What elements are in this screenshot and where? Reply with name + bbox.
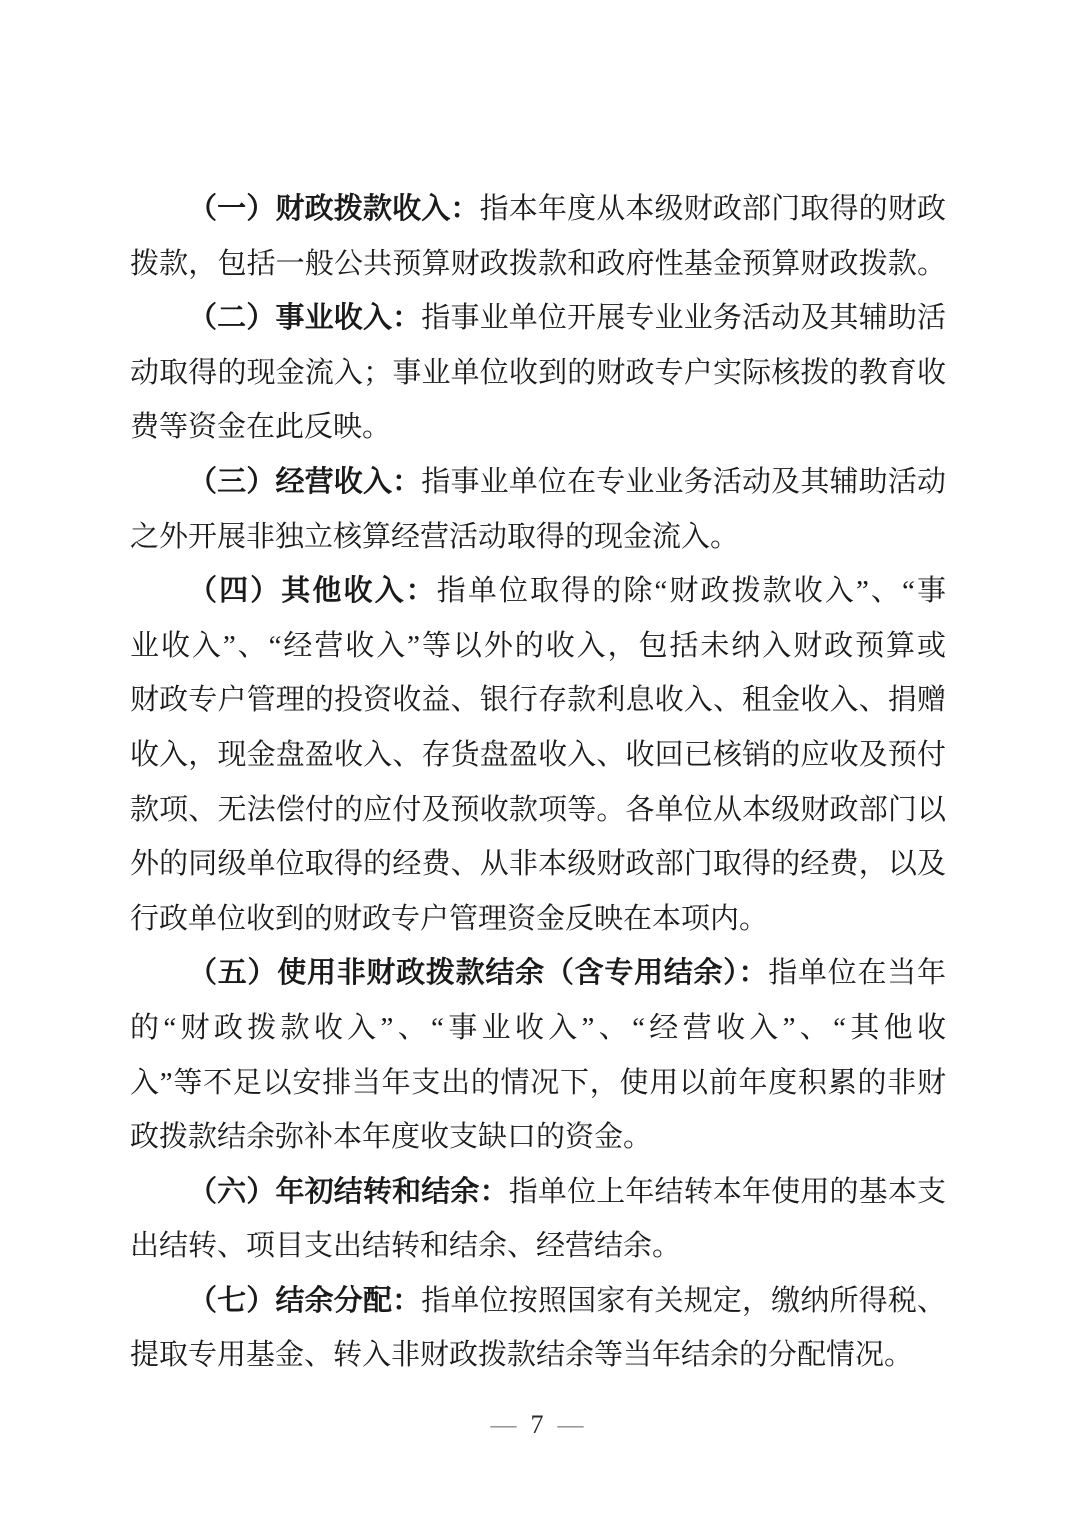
line-text: 指本年度从本级财政部门取得的财政 <box>480 193 946 225</box>
line-text: 指单位在当年 <box>768 957 946 989</box>
line-text: 动取得的现金流入；事业单位收到的财政专户实际核拨的教育收 <box>130 357 946 389</box>
text-line: 外的同级单位取得的经费、从非本级财政部门取得的经费，以及 <box>130 837 946 892</box>
text-line: 动取得的现金流入；事业单位收到的财政专户实际核拨的教育收 <box>130 346 946 401</box>
line-text: 出结转、项目支出结转和结余、经营结余。 <box>130 1230 681 1262</box>
paragraph: （六）年初结转和结余：指单位上年结转本年使用的基本支出结转、项目支出结转和结余、… <box>130 1165 946 1274</box>
paragraph: （三）经营收入：指事业单位在专业业务活动及其辅助活动之外开展非独立核算经营活动取… <box>130 455 946 564</box>
term-label: （四）其他收入： <box>188 575 437 607</box>
text-line: 入”等不足以安排当年支出的情况下，使用以前年度积累的非财 <box>130 1056 946 1111</box>
text-line: 费等资金在此反映。 <box>130 400 946 455</box>
text-line: 业收入”、“经营收入”等以外的收入，包括未纳入财政预算或 <box>130 619 946 674</box>
text-line: 之外开展非独立核算经营活动取得的现金流入。 <box>130 510 946 565</box>
line-text: 财政专户管理的投资收益、银行存款利息收入、租金收入、捐赠 <box>130 684 946 716</box>
line-text: 指事业单位在专业业务活动及其辅助活动 <box>421 466 946 498</box>
line-text: 的“财政拨款收入”、“事业收入”、“经营收入”、“其他收 <box>130 1012 946 1044</box>
text-line: （一）财政拨款收入：指本年度从本级财政部门取得的财政 <box>130 182 946 237</box>
text-line: 收入，现金盘盈收入、存货盘盈收入、收回已核销的应收及预付 <box>130 728 946 783</box>
text-line: （五）使用非财政拨款结余（含专用结余）：指单位在当年 <box>130 946 946 1001</box>
text-line: 政拨款结余弥补本年度收支缺口的资金。 <box>130 1110 946 1165</box>
paragraph: （四）其他收入：指单位取得的除“财政拨款收入”、“事业收入”、“经营收入”等以外… <box>130 564 946 946</box>
line-text: 行政单位收到的财政专户管理资金反映在本项内。 <box>130 903 768 935</box>
line-text: 政拨款结余弥补本年度收支缺口的资金。 <box>130 1121 652 1153</box>
term-label: （七）结余分配： <box>188 1285 421 1317</box>
line-text: 指单位取得的除“财政拨款收入”、“事 <box>437 575 946 607</box>
text-line: 出结转、项目支出结转和结余、经营结余。 <box>130 1219 946 1274</box>
text-line: （六）年初结转和结余：指单位上年结转本年使用的基本支 <box>130 1165 946 1220</box>
paragraph: （七）结余分配：指单位按照国家有关规定，缴纳所得税、提取专用基金、转入非财政拨款… <box>130 1274 946 1383</box>
text-line: 款项、无法偿付的应付及预收款项等。各单位从本级财政部门以 <box>130 783 946 838</box>
text-line: 行政单位收到的财政专户管理资金反映在本项内。 <box>130 892 946 947</box>
document-page: （一）财政拨款收入：指本年度从本级财政部门取得的财政拨款，包括一般公共预算财政拨… <box>0 0 1074 1520</box>
text-line: 拨款，包括一般公共预算财政拨款和政府性基金预算财政拨款。 <box>130 237 946 292</box>
line-text: 提取专用基金、转入非财政拨款结余等当年结余的分配情况。 <box>130 1339 913 1371</box>
text-line: 财政专户管理的投资收益、银行存款利息收入、租金收入、捐赠 <box>130 673 946 728</box>
text-line: （七）结余分配：指单位按照国家有关规定，缴纳所得税、 <box>130 1274 946 1329</box>
term-label: （六）年初结转和结余： <box>188 1176 509 1208</box>
line-text: 业收入”、“经营收入”等以外的收入，包括未纳入财政预算或 <box>130 630 946 662</box>
text-line: （四）其他收入：指单位取得的除“财政拨款收入”、“事 <box>130 564 946 619</box>
footer-dash-right: — <box>558 1410 584 1439</box>
line-text: 拨款，包括一般公共预算财政拨款和政府性基金预算财政拨款。 <box>130 248 946 280</box>
paragraph: （一）财政拨款收入：指本年度从本级财政部门取得的财政拨款，包括一般公共预算财政拨… <box>130 182 946 291</box>
paragraph: （五）使用非财政拨款结余（含专用结余）：指单位在当年的“财政拨款收入”、“事业收… <box>130 946 946 1164</box>
line-text: 收入，现金盘盈收入、存货盘盈收入、收回已核销的应收及预付 <box>130 739 946 771</box>
text-line: 的“财政拨款收入”、“事业收入”、“经营收入”、“其他收 <box>130 1001 946 1056</box>
text-line: （三）经营收入：指事业单位在专业业务活动及其辅助活动 <box>130 455 946 510</box>
text-line: （二）事业收入：指事业单位开展专业业务活动及其辅助活 <box>130 291 946 346</box>
term-label: （一）财政拨款收入： <box>188 193 480 225</box>
line-text: 入”等不足以安排当年支出的情况下，使用以前年度积累的非财 <box>130 1067 946 1099</box>
line-text: 款项、无法偿付的应付及预收款项等。各单位从本级财政部门以 <box>130 794 946 826</box>
term-label: （五）使用非财政拨款结余（含专用结余）： <box>188 957 768 989</box>
line-text: 外的同级单位取得的经费、从非本级财政部门取得的经费，以及 <box>130 848 946 880</box>
page-number: 7 <box>531 1410 544 1439</box>
line-text: 指单位上年结转本年使用的基本支 <box>509 1176 946 1208</box>
page-footer: —7— <box>0 1405 1074 1445</box>
line-text: 指单位按照国家有关规定，缴纳所得税、 <box>421 1285 946 1317</box>
paragraph: （二）事业收入：指事业单位开展专业业务活动及其辅助活动取得的现金流入；事业单位收… <box>130 291 946 455</box>
term-label: （三）经营收入： <box>188 466 421 498</box>
line-text: 指事业单位开展专业业务活动及其辅助活 <box>421 302 946 334</box>
line-text: 费等资金在此反映。 <box>130 411 391 443</box>
line-text: 之外开展非独立核算经营活动取得的现金流入。 <box>130 521 739 553</box>
footer-dash-left: — <box>491 1410 517 1439</box>
document-body: （一）财政拨款收入：指本年度从本级财政部门取得的财政拨款，包括一般公共预算财政拨… <box>130 182 946 1383</box>
text-line: 提取专用基金、转入非财政拨款结余等当年结余的分配情况。 <box>130 1328 946 1383</box>
term-label: （二）事业收入： <box>188 302 421 334</box>
